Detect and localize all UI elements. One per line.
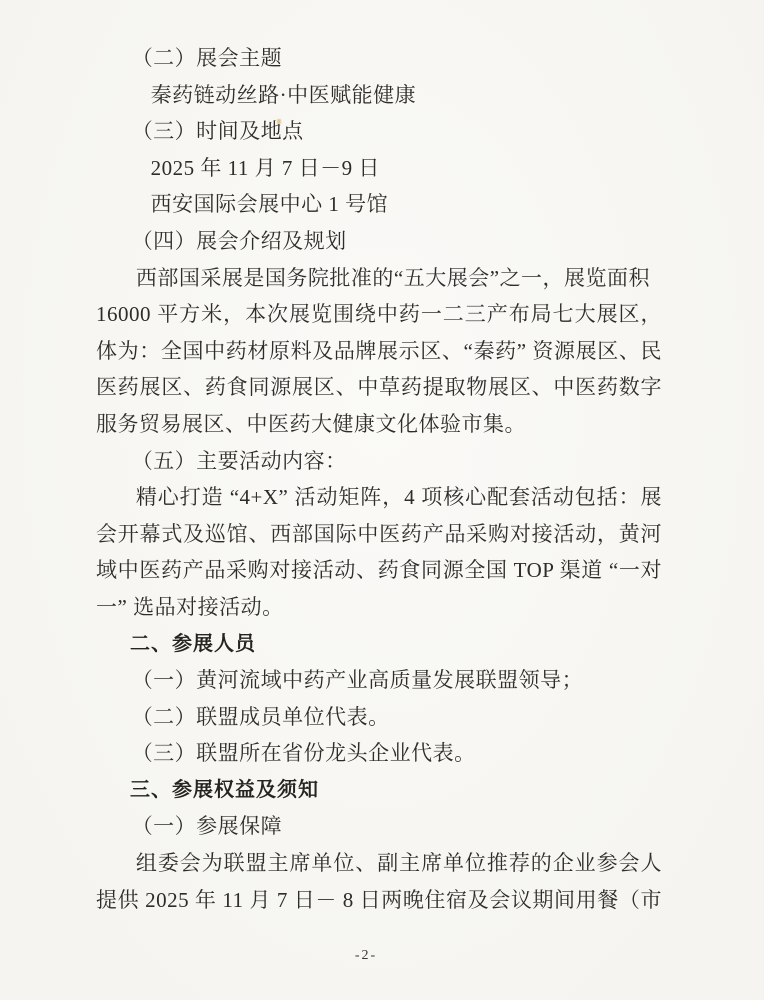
venue-text: 西安国际会展中心 1 号馆 (96, 186, 662, 223)
document-page: （二）展会主题 秦药链动丝路·中医赋能健康 （三）时间及地点 2025 年 11… (0, 0, 764, 1000)
paragraph-intro-line: 西部国采展是国务院批准的“五大展会”之一，展览面积 (96, 260, 662, 297)
paragraph-activities-line: 一” 选品对接活动。 (96, 589, 662, 626)
subheading-main-activities: （五）主要活动内容： (96, 443, 662, 480)
section-heading-participants: 二、参展人员 (96, 626, 662, 663)
exhibition-theme-text: 秦药链动丝路·中医赋能健康 (96, 77, 662, 114)
paragraph-activities-line: 域中医药产品采购对接活动、药食同源全国 TOP 渠道 “一对 (96, 552, 662, 589)
subheading-support: （一）参展保障 (96, 808, 662, 845)
page-number: -2- (96, 948, 636, 964)
paragraph-support-line: 组委会为联盟主席单位、副主席单位推荐的企业参会人员 (96, 845, 662, 882)
list-item-participant: （三）联盟所在省份龙头企业代表。 (96, 735, 662, 772)
paragraph-support-line: 提供 2025 年 11 月 7 日－ 8 日两晚住宿及会议期间用餐（市 (96, 882, 662, 919)
subheading-time-location: （三）时间及地点 (96, 113, 662, 150)
paragraph-activities-line: 精心打造 “4+X” 活动矩阵，4 项核心配套活动包括：展 (96, 479, 662, 516)
text-block: （二）展会主题 秦药链动丝路·中医赋能健康 （三）时间及地点 2025 年 11… (96, 40, 662, 918)
list-item-participant: （二）联盟成员单位代表。 (96, 699, 662, 736)
paragraph-intro-line: 体为：全国中药材原料及品牌展示区、“秦药” 资源展区、民族 (96, 333, 662, 370)
paragraph-activities-line: 会开幕式及巡馆、西部国际中医药产品采购对接活动，黄河流 (96, 516, 662, 553)
paragraph-intro-line: 16000 平方米，本次展览围绕中药一二三产布局七大展区，具 (96, 296, 662, 333)
paragraph-intro-line: 医药展区、药食同源展区、中草药提取物展区、中医药数字和 (96, 369, 662, 406)
date-text: 2025 年 11 月 7 日－9 日 (96, 150, 662, 187)
paragraph-intro-line: 服务贸易展区、中医药大健康文化体验市集。 (96, 406, 662, 443)
subheading-exhibition-theme: （二）展会主题 (96, 40, 662, 77)
subheading-intro-planning: （四）展会介绍及规划 (96, 223, 662, 260)
section-heading-rights-notice: 三、参展权益及须知 (96, 772, 662, 809)
list-item-participant: （一）黄河流域中药产业高质量发展联盟领导； (96, 662, 662, 699)
